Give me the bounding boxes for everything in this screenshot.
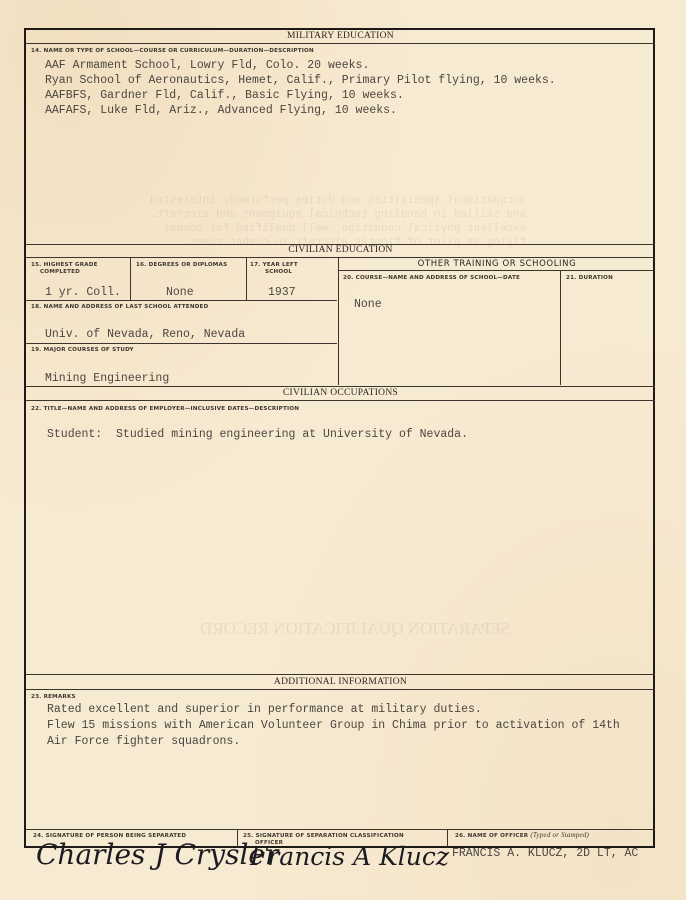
divider xyxy=(26,829,655,830)
field-14-label: 14. NAME OR TYPE OF SCHOOL—COURSE OR CUR… xyxy=(31,48,314,55)
signature-person-separated: Charles J Crysler xyxy=(36,838,278,871)
other-training-title: OTHER TRAINING OR SCHOOLING xyxy=(339,259,655,269)
field-26-value: FRANCIS A. KLUCZ, 2D LT, AC xyxy=(452,846,638,861)
military-school-entry: AAFAFS, Luke Fld, Ariz., Advanced Flying… xyxy=(45,103,397,118)
military-education-title: MILITARY EDUCATION xyxy=(26,31,655,41)
divider xyxy=(130,258,131,300)
field-21-label: 21. DURATION xyxy=(566,275,613,282)
military-school-entry: AAFBFS, Gardner Fld, Calif., Basic Flyin… xyxy=(45,88,404,103)
field-22-value: Student: Studied mining engineering at U… xyxy=(47,427,468,442)
remark-line: Flew 15 missions with American Volunteer… xyxy=(47,718,620,733)
field-16-value: None xyxy=(166,285,194,300)
field-19-label: 19. MAJOR COURSES OF STUDY xyxy=(31,347,134,354)
field-15-label-2: COMPLETED xyxy=(40,269,80,276)
divider xyxy=(26,689,655,690)
field-15-label: 15. HIGHEST GRADE xyxy=(31,262,98,269)
civilian-education-title: CIVILIAN EDUCATION xyxy=(26,245,655,255)
field-26-label: 26. NAME OF OFFICER (Typed or Stamped) xyxy=(455,832,589,840)
field-17-value: 1937 xyxy=(268,285,296,300)
field-22-label: 22. TITLE—NAME AND ADDRESS OF EMPLOYER—I… xyxy=(31,406,299,413)
divider xyxy=(26,343,337,344)
divider xyxy=(560,271,561,385)
additional-information-title: ADDITIONAL INFORMATION xyxy=(26,677,655,687)
divider xyxy=(26,386,655,387)
field-20-label: 20. COURSE—NAME AND ADDRESS OF SCHOOL—DA… xyxy=(343,275,520,282)
field-18-value: Univ. of Nevada, Reno, Nevada xyxy=(45,327,245,342)
military-school-entry: Ryan School of Aeronautics, Hemet, Calif… xyxy=(45,73,556,88)
field-23-label: 23. REMARKS xyxy=(31,694,76,701)
field-26-label-text: 26. NAME OF OFFICER xyxy=(455,833,528,839)
divider xyxy=(338,258,339,385)
field-15-value: 1 yr. Coll. xyxy=(45,285,121,300)
field-17-label-2: SCHOOL xyxy=(265,269,292,276)
divider xyxy=(26,257,655,258)
civilian-occupations-title: CIVILIAN OCCUPATIONS xyxy=(26,388,655,398)
divider xyxy=(246,258,247,300)
signature-classification-officer: Francis A Klucz xyxy=(250,842,449,871)
field-16-label: 16. DEGREES OR DIPLOMAS xyxy=(136,262,227,269)
divider xyxy=(26,674,655,675)
remark-line: Air Force fighter squadrons. xyxy=(47,734,240,749)
divider xyxy=(339,270,655,271)
field-19-value: Mining Engineering xyxy=(45,371,169,386)
field-26-label-note: (Typed or Stamped) xyxy=(530,831,589,839)
field-17-label: 17. YEAR LEFT xyxy=(250,262,298,269)
field-20-value: None xyxy=(354,297,382,312)
divider xyxy=(26,43,655,44)
divider xyxy=(26,400,655,401)
remark-line: Rated excellent and superior in performa… xyxy=(47,702,482,717)
military-school-entry: AAF Armament School, Lowry Fld, Colo. 20… xyxy=(45,58,369,73)
divider xyxy=(26,300,337,301)
field-18-label: 18. NAME AND ADDRESS OF LAST SCHOOL ATTE… xyxy=(31,304,208,311)
